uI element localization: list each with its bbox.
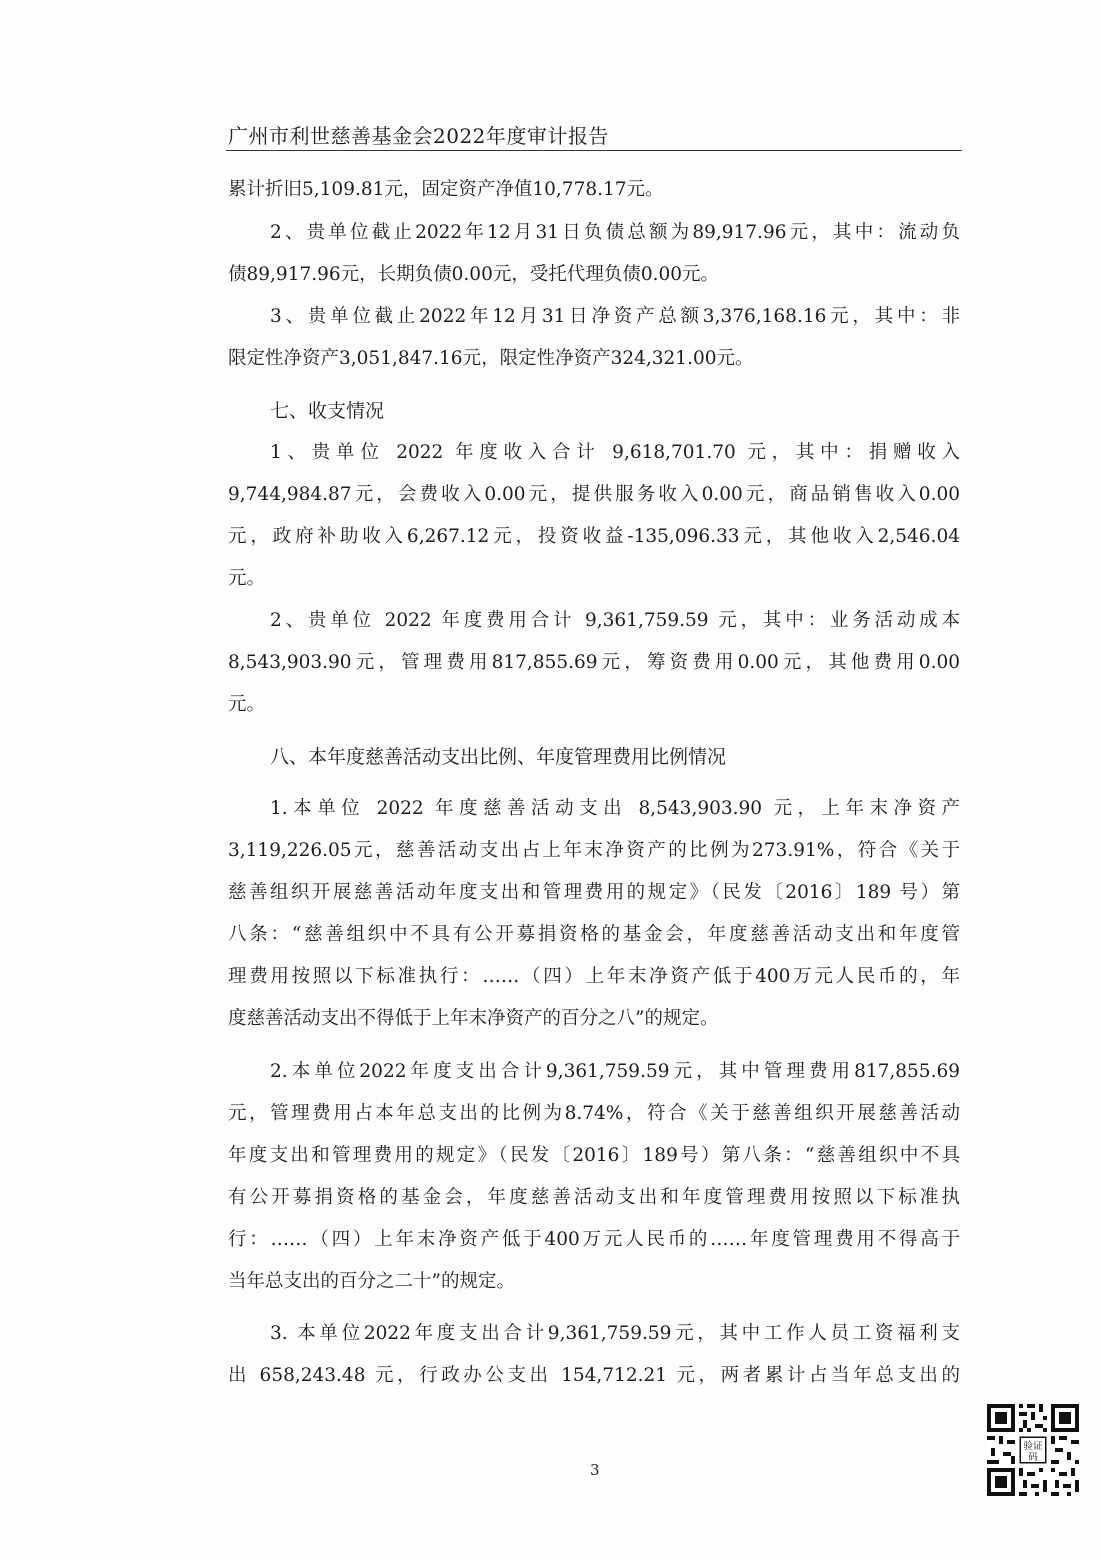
paragraph-line: 9,744,984.87元，会费收入0.00元，提供服务收入0.00元，商品销售… [228, 483, 960, 507]
svg-text:码: 码 [1028, 1452, 1038, 1463]
paragraph-line: 元。 [228, 567, 960, 591]
paragraph-line: 元。 [228, 693, 960, 717]
document-page: 广州市利世慈善基金会2022年度审计报告 累计折旧5,109.81元，固定资产净… [0, 0, 1102, 1559]
paragraph-line: 债89,917.96元，长期负债0.00元，受托代理负债0.00元。 [228, 263, 960, 287]
paragraph-line: 限定性净资产3,051,847.16元，限定性净资产324,321.00元。 [228, 347, 960, 371]
paragraph-line: 慈善组织开展慈善活动年度支出和管理费用的规定》（民发〔2016〕189 号）第 [228, 881, 960, 905]
paragraph-line: 年度支出和管理费用的规定》（民发〔2016〕189号）第八条：“慈善组织中不具 [228, 1144, 960, 1168]
paragraph-line: 行：……（四）上年末净资产低于400万元人民币的……年度管理费用不得高于 [228, 1228, 960, 1252]
paragraph-line: 1、贵单位 2022 年度收入合计 9,618,701.70 元，其中：捐赠收入 [270, 441, 960, 465]
paragraph-line: 3,119,226.05元，慈善活动支出占上年末净资产的比例为273.91%，符… [228, 839, 960, 863]
report-title: 广州市利世慈善基金会2022年度审计报告 [228, 120, 609, 149]
paragraph-line: 当年总支出的百分之二十”的规定。 [228, 1270, 960, 1294]
paragraph-line: 累计折旧5,109.81元，固定资产净值10,778.17元。 [228, 178, 960, 202]
paragraph-line: 元，政府补助收入6,267.12元，投资收益-135,096.33元，其他收入2… [228, 525, 960, 549]
paragraph-line: 出 658,243.48 元，行政办公支出 154,712.21 元，两者累计占… [228, 1364, 960, 1388]
paragraph-line: 1.本单位 2022 年度慈善活动支出 8,543,903.90 元，上年末净资… [270, 797, 960, 821]
svg-text:验证: 验证 [1023, 1440, 1043, 1452]
paragraph-line: 3、贵单位截止2022年12月31日净资产总额3,376,168.16元，其中：… [270, 305, 960, 329]
section-heading-income-expense: 七、收支情况 [270, 399, 384, 423]
paragraph-line: 3. 本单位2022年度支出合计9,361,759.59元，其中工作人员工资福利… [270, 1322, 960, 1346]
paragraph-line: 元，管理费用占本年总支出的比例为8.74%，符合《关于慈善组织开展慈善活动 [228, 1102, 960, 1126]
section-heading-charity-ratio: 八、本年度慈善活动支出比例、年度管理费用比例情况 [270, 745, 726, 769]
page-header: 广州市利世慈善基金会2022年度审计报告 [226, 118, 962, 151]
qr-code-icon: 验证 码 [987, 1404, 1079, 1496]
paragraph-line: 2.本单位2022年度支出合计9,361,759.59元，其中管理费用817,8… [270, 1060, 960, 1084]
paragraph-line: 2、贵单位 2022 年度费用合计 9,361,759.59 元，其中：业务活动… [270, 609, 960, 633]
page-number: 3 [590, 1461, 600, 1479]
paragraph-line: 八条：“慈善组织中不具有公开募捐资格的基金会，年度慈善活动支出和年度管 [228, 923, 960, 947]
paragraph-line: 8,543,903.90元，管理费用817,855.69元，筹资费用0.00元，… [228, 651, 960, 675]
paragraph-line: 有公开募捐资格的基金会，年度慈善活动支出和年度管理费用按照以下标准执 [228, 1186, 960, 1210]
paragraph-line: 2、贵单位截止2022年12月31日负债总额为89,917.96元，其中：流动负 [270, 221, 960, 245]
paragraph-line: 度慈善活动支出不得低于上年末净资产的百分之八”的规定。 [228, 1007, 960, 1031]
paragraph-line: 理费用按照以下标准执行：……（四）上年末净资产低于400万元人民币的，年 [228, 965, 960, 989]
